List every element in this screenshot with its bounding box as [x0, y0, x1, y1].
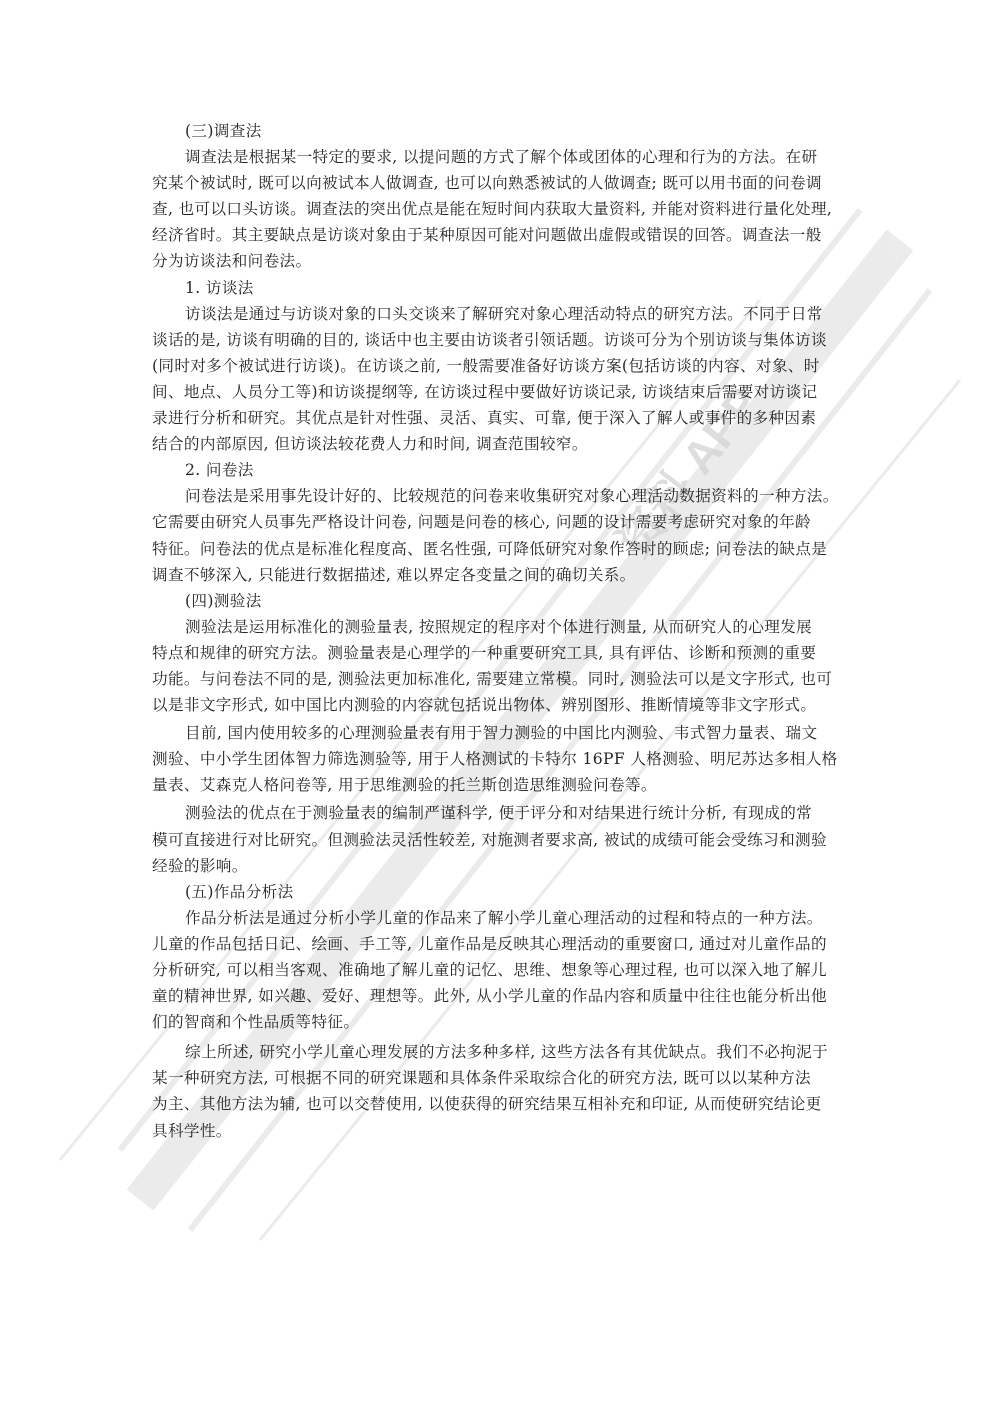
paragraph: 测验法是运用标准化的测验量表, 按照规定的程序对个体进行测量, 从而研究人的心理… [152, 614, 844, 718]
text-line: 测验、中小学生团体智力筛选测验等, 用于人格测试的卡特尔 16PF 人格测验、明… [152, 746, 844, 772]
section-heading-work-analysis: (五)作品分析法 [152, 879, 844, 905]
document-page: (三)调查法 调查法是根据某一特定的要求, 以提问题的方式了解个体或团体的心理和… [152, 118, 844, 1144]
text-line: 间、地点、人员分工等)和访谈提纲等, 在访谈过程中要做好访谈记录, 访谈结束后需… [152, 379, 844, 405]
text-line: 目前, 国内使用较多的心理测验量表有用于智力测验的中国比内测验、韦式智力量表、瑞… [152, 720, 844, 746]
text-line: 量表、艾森克人格问卷等, 用于思维测验的托兰斯创造思维测验问卷等。 [152, 772, 844, 798]
text-line: 调查法是根据某一特定的要求, 以提问题的方式了解个体或团体的心理和行为的方法。在… [152, 144, 844, 170]
text-line: 它需要由研究人员事先严格设计问卷, 问题是问卷的核心, 问题的设计需要考虑研究对… [152, 509, 844, 535]
text-line: 访谈法是通过与访谈对象的口头交谈来了解研究对象心理活动特点的研究方法。不同于日常 [152, 301, 844, 327]
text-line: 功能。与问卷法不同的是, 测验法更加标准化, 需要建立常模。同时, 测验法可以是… [152, 666, 844, 692]
text-line: 特征。问卷法的优点是标准化程度高、匿名性强, 可降低研究对象作答时的顾虑; 问卷… [152, 536, 844, 562]
text-line: 作品分析法是通过分析小学儿童的作品来了解小学儿童心理活动的过程和特点的一种方法。 [152, 905, 844, 931]
text-line: 童的精神世界, 如兴趣、爱好、理想等。此外, 从小学儿童的作品内容和质量中往往也… [152, 983, 844, 1009]
text-line: 为主、其他方法为辅, 也可以交替使用, 以使获得的研究结果互相补充和印证, 从而… [152, 1091, 844, 1117]
section-heading-survey: (三)调查法 [152, 118, 844, 144]
text-line: 经验的影响。 [152, 853, 844, 879]
text-line: 某一种研究方法, 可根据不同的研究课题和具体条件采取综合化的研究方法, 既可以以… [152, 1065, 844, 1091]
paragraph: 综上所述, 研究小学儿童心理发展的方法多种多样, 这些方法各有其优缺点。我们不必… [152, 1039, 844, 1143]
text-line: 究某个被试时, 既可以向被试本人做调查, 也可以向熟悉被试的人做调查; 既可以用… [152, 170, 844, 196]
text-line: 儿童的作品包括日记、绘画、手工等, 儿童作品是反映其心理活动的重要窗口, 通过对… [152, 931, 844, 957]
text-line: 模可直接进行对比研究。但测验法灵活性较差, 对施测者要求高, 被试的成绩可能会受… [152, 827, 844, 853]
text-line: 们的智商和个性品质等特征。 [152, 1009, 844, 1035]
paragraph: 调查法是根据某一特定的要求, 以提问题的方式了解个体或团体的心理和行为的方法。在… [152, 144, 844, 274]
text-line: 测验法的优点在于测验量表的编制严谨科学, 便于评分和对结果进行统计分析, 有现成… [152, 800, 844, 826]
text-line: 综上所述, 研究小学儿童心理发展的方法多种多样, 这些方法各有其优缺点。我们不必… [152, 1039, 844, 1065]
section-heading-test: (四)测验法 [152, 588, 844, 614]
text-line: 谈话的是, 访谈有明确的目的, 谈话中也主要由访谈者引领话题。访谈可分为个别访谈… [152, 327, 844, 353]
text-line: 经济省时。其主要缺点是访谈对象由于某种原因可能对问题做出虚假或错误的回答。调查法… [152, 222, 844, 248]
paragraph: 访谈法是通过与访谈对象的口头交谈来了解研究对象心理活动特点的研究方法。不同于日常… [152, 301, 844, 458]
text-line: 测验法是运用标准化的测验量表, 按照规定的程序对个体进行测量, 从而研究人的心理… [152, 614, 844, 640]
text-line: 分析研究, 可以相当客观、准确地了解儿童的记忆、思维、想象等心理过程, 也可以深… [152, 957, 844, 983]
text-line: (同时对多个被试进行访谈)。在访谈之前, 一般需要准备好访谈方案(包括访谈的内容… [152, 353, 844, 379]
subsection-heading-questionnaire: 2. 问卷法 [152, 457, 844, 483]
paragraph: 作品分析法是通过分析小学儿童的作品来了解小学儿童心理活动的过程和特点的一种方法。… [152, 905, 844, 1035]
subsection-heading-interview: 1. 访谈法 [152, 275, 844, 301]
text-line: 具科学性。 [152, 1118, 844, 1144]
text-line: 以是非文字形式, 如中国比内测验的内容就包括说出物体、辨别图形、推断情境等非文字… [152, 692, 844, 718]
text-line: 分为访谈法和问卷法。 [152, 248, 844, 274]
text-line: 问卷法是采用事先设计好的、比较规范的问卷来收集研究对象心理活动数据资料的一种方法… [152, 483, 844, 509]
paragraph: 目前, 国内使用较多的心理测验量表有用于智力测验的中国比内测验、韦式智力量表、瑞… [152, 720, 844, 798]
text-line: 特点和规律的研究方法。测验量表是心理学的一种重要研究工具, 具有评估、诊断和预测… [152, 640, 844, 666]
text-line: 录进行分析和研究。其优点是针对性强、灵活、真实、可靠, 便于深入了解人或事件的多… [152, 405, 844, 431]
paragraph: 测验法的优点在于测验量表的编制严谨科学, 便于评分和对结果进行统计分析, 有现成… [152, 800, 844, 878]
text-line: 调查不够深入, 只能进行数据描述, 难以界定各变量之间的确切关系。 [152, 562, 844, 588]
paragraph: 问卷法是采用事先设计好的、比较规范的问卷来收集研究对象心理活动数据资料的一种方法… [152, 483, 844, 587]
text-line: 结合的内部原因, 但访谈法较花费人力和时间, 调查范围较窄。 [152, 431, 844, 457]
text-line: 查, 也可以口头访谈。调查法的突出优点是能在短时间内获取大量资料, 并能对资料进… [152, 196, 844, 222]
